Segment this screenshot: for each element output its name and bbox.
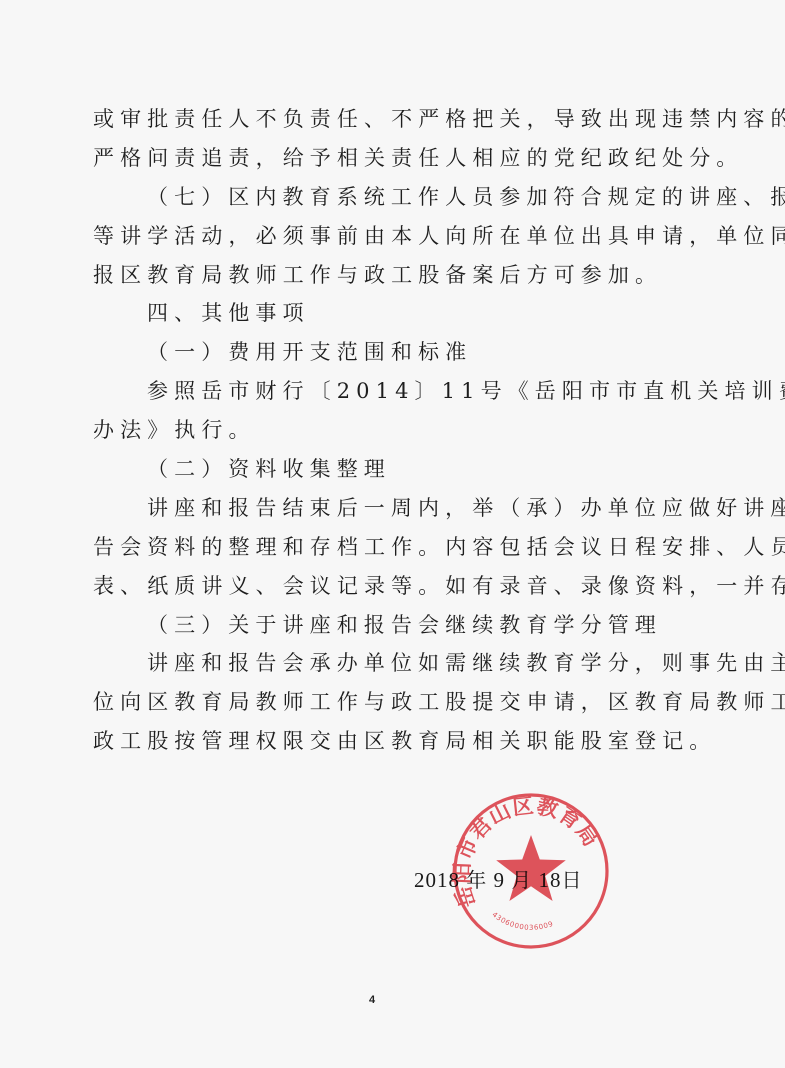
page-number: 4 — [369, 994, 375, 1006]
text-line: 等讲学活动，必须事前由本人向所在单位出具申请，单位同意并 — [93, 221, 665, 260]
text-line: 或审批责任人不负责任、不严格把关，导致出现违禁内容的，将 — [93, 104, 665, 143]
subheading-expense-scope: （一）费用开支范围和标准 — [93, 337, 665, 376]
text-line: 严格问责追责，给予相关责任人相应的党纪政纪处分。 — [93, 143, 665, 182]
text-line: 政工股按管理权限交由区教育局相关职能股室登记。 — [93, 726, 665, 765]
text-line: 位向区教育局教师工作与政工股提交申请，区教育局教师工作与 — [93, 687, 665, 726]
document-page: 或审批责任人不负责任、不严格把关，导致出现违禁内容的，将 严格问责追责，给予相关… — [0, 0, 785, 1068]
text-line: 报区教育局教师工作与政工股备案后方可参加。 — [93, 260, 665, 299]
star-icon — [496, 835, 566, 901]
text-line: 告会资料的整理和存档工作。内容包括会议日程安排、人员签到 — [93, 532, 665, 571]
subheading-material-collection: （二）资料收集整理 — [93, 454, 665, 493]
text-line: 讲座和报告结束后一周内，举（承）办单位应做好讲座和报 — [93, 493, 665, 532]
document-body: 或审批责任人不负责任、不严格把关，导致出现违禁内容的，将 严格问责追责，给予相关… — [93, 104, 665, 765]
official-seal: 岳阳市君山区教育局 4306000036009 — [451, 791, 611, 951]
seal-code: 4306000036009 — [491, 911, 555, 932]
heading-other-matters: 四、其他事项 — [93, 298, 665, 337]
section-7-paragraph: （七）区内教育系统工作人员参加符合规定的讲座、报告会 — [93, 182, 665, 221]
text-line: 讲座和报告会承办单位如需继续教育学分，则事先由主办单 — [93, 648, 665, 687]
text-line: 参照岳市财行〔2014〕11号《岳阳市市直机关培训费管理 — [93, 376, 665, 415]
text-line: 办法》执行。 — [93, 415, 665, 454]
text-line: 表、纸质讲义、会议记录等。如有录音、录像资料，一并存档。 — [93, 571, 665, 610]
subheading-credit-management: （三）关于讲座和报告会继续教育学分管理 — [93, 610, 665, 649]
